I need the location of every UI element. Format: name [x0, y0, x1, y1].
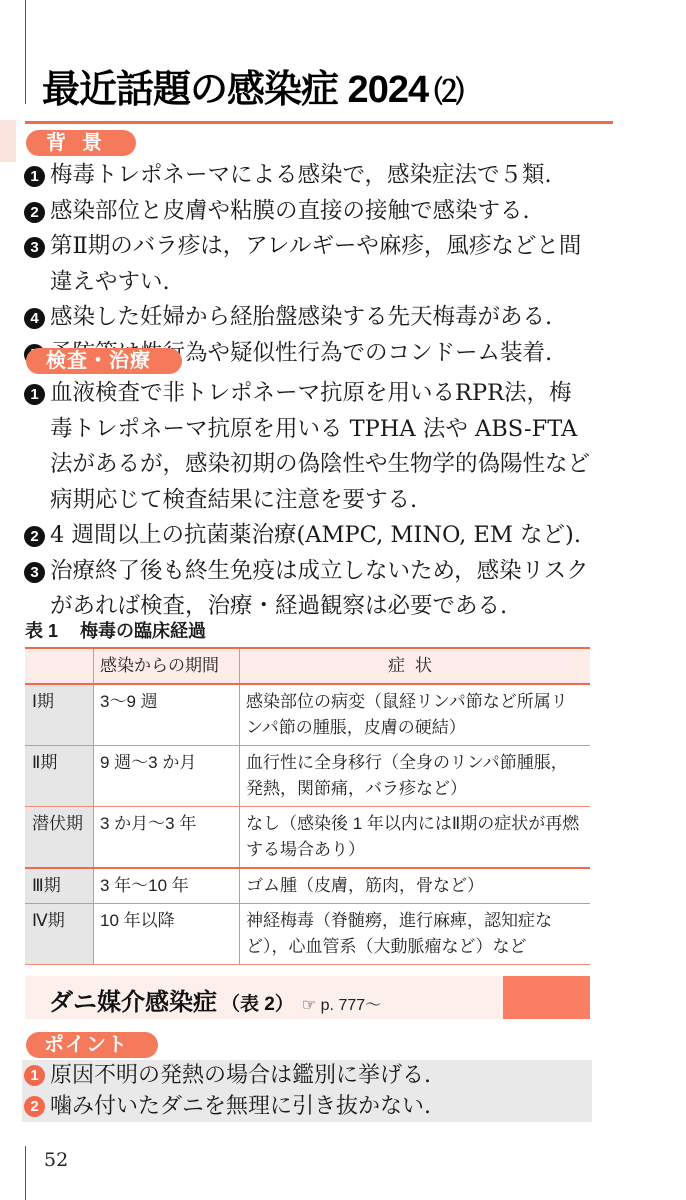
page-reference-link[interactable]: ☞ p. 777〜: [302, 997, 381, 1014]
number-badge-icon: 2: [24, 526, 45, 547]
page-title: 最近話題の感染症 2024⑵: [42, 58, 463, 113]
header-period: 感染からの期間: [94, 648, 240, 684]
list-item-text: 梅毒トレポネーマによる感染で，感染症法で５類.: [50, 162, 552, 188]
list-item: 2感染部位と皮膚や粘膜の直接の接触で感染する.: [24, 194, 594, 230]
point-list: 1原因不明の発熱の場合は鑑別に挙げる. 2噛み付いたダニを無理に引き抜かない.: [24, 1060, 594, 1122]
list-item-text: 原因不明の発熱の場合は鑑別に挙げる.: [50, 1063, 431, 1088]
page-title-text: 最近話題の感染症 2024: [42, 69, 428, 111]
number-badge-icon: 1: [24, 1065, 45, 1086]
section-label-tests-treatment: 検査・治療: [26, 348, 182, 374]
cell-stage: Ⅲ期: [25, 868, 94, 904]
number-badge-icon: 4: [24, 308, 45, 329]
table-row: Ⅰ期 3〜9 週 感染部位の病変（鼠経リンパ節など所属リンパ節の腫脹，皮膚の硬結…: [25, 684, 590, 746]
cell-period: 9 週〜3 か月: [94, 746, 240, 807]
cell-period: 3 か月〜3 年: [94, 807, 240, 869]
table-caption-title: 梅毒の臨床経過: [80, 621, 206, 641]
list-item-text: 感染部位と皮膚や粘膜の直接の接触で感染する.: [50, 198, 530, 224]
number-badge-icon: 1: [24, 384, 45, 405]
number-badge-icon: 2: [24, 202, 45, 223]
list-item-text: 第Ⅱ期のバラ疹は，アレルギーや麻疹，風疹などと間違えやすい.: [50, 233, 581, 295]
cell-stage: Ⅰ期: [25, 684, 94, 746]
table-row: Ⅱ期 9 週〜3 か月 血行性に全身移行（全身のリンパ節腫脹，発熱，関節痛，バラ…: [25, 746, 590, 807]
clinical-course-table: 感染からの期間 症状 Ⅰ期 3〜9 週 感染部位の病変（鼠経リンパ節など所属リン…: [25, 647, 590, 965]
list-item-text: 感染した妊婦から経胎盤感染する先天梅毒がある.: [50, 304, 552, 330]
list-item-text: 4 週間以上の抗菌薬治療(AMPC, MINO, EM など).: [50, 522, 581, 548]
list-item: 4感染した妊婦から経胎盤感染する先天梅毒がある.: [24, 300, 594, 336]
tests-treatment-list: 1血液検査で非トレポネーマ抗原を用いるRPR法，梅毒トレポネーマ抗原を用いる T…: [24, 376, 594, 625]
number-badge-icon: 1: [24, 166, 45, 187]
header-stage: [25, 648, 94, 684]
number-badge-icon: 3: [24, 237, 45, 258]
cell-period: 3〜9 週: [94, 684, 240, 746]
margin-rule-bottom: [25, 1146, 26, 1200]
cell-symptoms: 神経梅毒（脊髄癆，進行麻痺，認知症など），心血管系（大動脈瘤など）など: [240, 904, 591, 965]
tick-borne-section-header: ダニ媒介感染症（表 2）☞ p. 777〜: [25, 976, 590, 1019]
margin-rule-top: [25, 0, 26, 104]
cell-period: 10 年以降: [94, 904, 240, 965]
title-underline: [25, 121, 613, 124]
cell-stage: 潜伏期: [25, 807, 94, 869]
table-row: 潜伏期 3 か月〜3 年 なし（感染後 1 年以内にはⅡ期の症状が再燃する場合あ…: [25, 807, 590, 869]
side-thumb-tab: [0, 120, 16, 162]
table-reference: （表 2）: [221, 994, 294, 1015]
table-header-row: 感染からの期間 症状: [25, 648, 590, 684]
number-badge-icon: 3: [24, 562, 45, 583]
table-caption-number: 表 1: [25, 621, 58, 641]
list-item: 24 週間以上の抗菌薬治療(AMPC, MINO, EM など).: [24, 518, 594, 554]
list-item: 1原因不明の発熱の場合は鑑別に挙げる.: [24, 1060, 594, 1091]
cell-stage: Ⅳ期: [25, 904, 94, 965]
accent-block: [503, 976, 590, 1019]
list-item-text: 噛み付いたダニを無理に引き抜かない.: [50, 1094, 431, 1119]
section-label-point: ポイント: [26, 1032, 158, 1058]
list-item-text: 血液検査で非トレポネーマ抗原を用いるRPR法，梅毒トレポネーマ抗原を用いる TP…: [50, 380, 590, 513]
cell-stage: Ⅱ期: [25, 746, 94, 807]
page-title-volume: ⑵: [434, 76, 463, 109]
table-row: Ⅲ期 3 年〜10 年 ゴム腫（皮膚，筋肉，骨など）: [25, 868, 590, 904]
tick-borne-title-text: ダニ媒介感染症: [49, 989, 217, 1016]
table-caption: 表 1梅毒の臨床経過: [25, 617, 206, 643]
cell-symptoms: なし（感染後 1 年以内にはⅡ期の症状が再燃する場合あり）: [240, 807, 591, 869]
cell-period: 3 年〜10 年: [94, 868, 240, 904]
background-list: 1梅毒トレポネーマによる感染で，感染症法で５類. 2感染部位と皮膚や粘膜の直接の…: [24, 158, 594, 371]
list-item: 3治療終了後も終生免疫は成立しないため，感染リスクがあれば検査，治療・経過観察は…: [24, 554, 594, 625]
tick-borne-title: ダニ媒介感染症（表 2）☞ p. 777〜: [49, 982, 381, 1017]
header-symptoms: 症状: [240, 648, 591, 684]
cell-symptoms: 血行性に全身移行（全身のリンパ節腫脹，発熱，関節痛，バラ疹など）: [240, 746, 591, 807]
list-item: 2噛み付いたダニを無理に引き抜かない.: [24, 1091, 594, 1122]
section-label-background: 背景: [26, 130, 136, 156]
table-row: Ⅳ期 10 年以降 神経梅毒（脊髄癆，進行麻痺，認知症など），心血管系（大動脈瘤…: [25, 904, 590, 965]
list-item: 3第Ⅱ期のバラ疹は，アレルギーや麻疹，風疹などと間違えやすい.: [24, 229, 594, 300]
list-item: 1血液検査で非トレポネーマ抗原を用いるRPR法，梅毒トレポネーマ抗原を用いる T…: [24, 376, 594, 518]
list-item-text: 治療終了後も終生免疫は成立しないため，感染リスクがあれば検査，治療・経過観察は必…: [50, 558, 589, 620]
cell-symptoms: 感染部位の病変（鼠経リンパ節など所属リンパ節の腫脹，皮膚の硬結）: [240, 684, 591, 746]
number-badge-icon: 2: [24, 1096, 45, 1117]
cell-symptoms: ゴム腫（皮膚，筋肉，骨など）: [240, 868, 591, 904]
page-number: 52: [44, 1149, 68, 1171]
list-item: 1梅毒トレポネーマによる感染で，感染症法で５類.: [24, 158, 594, 194]
